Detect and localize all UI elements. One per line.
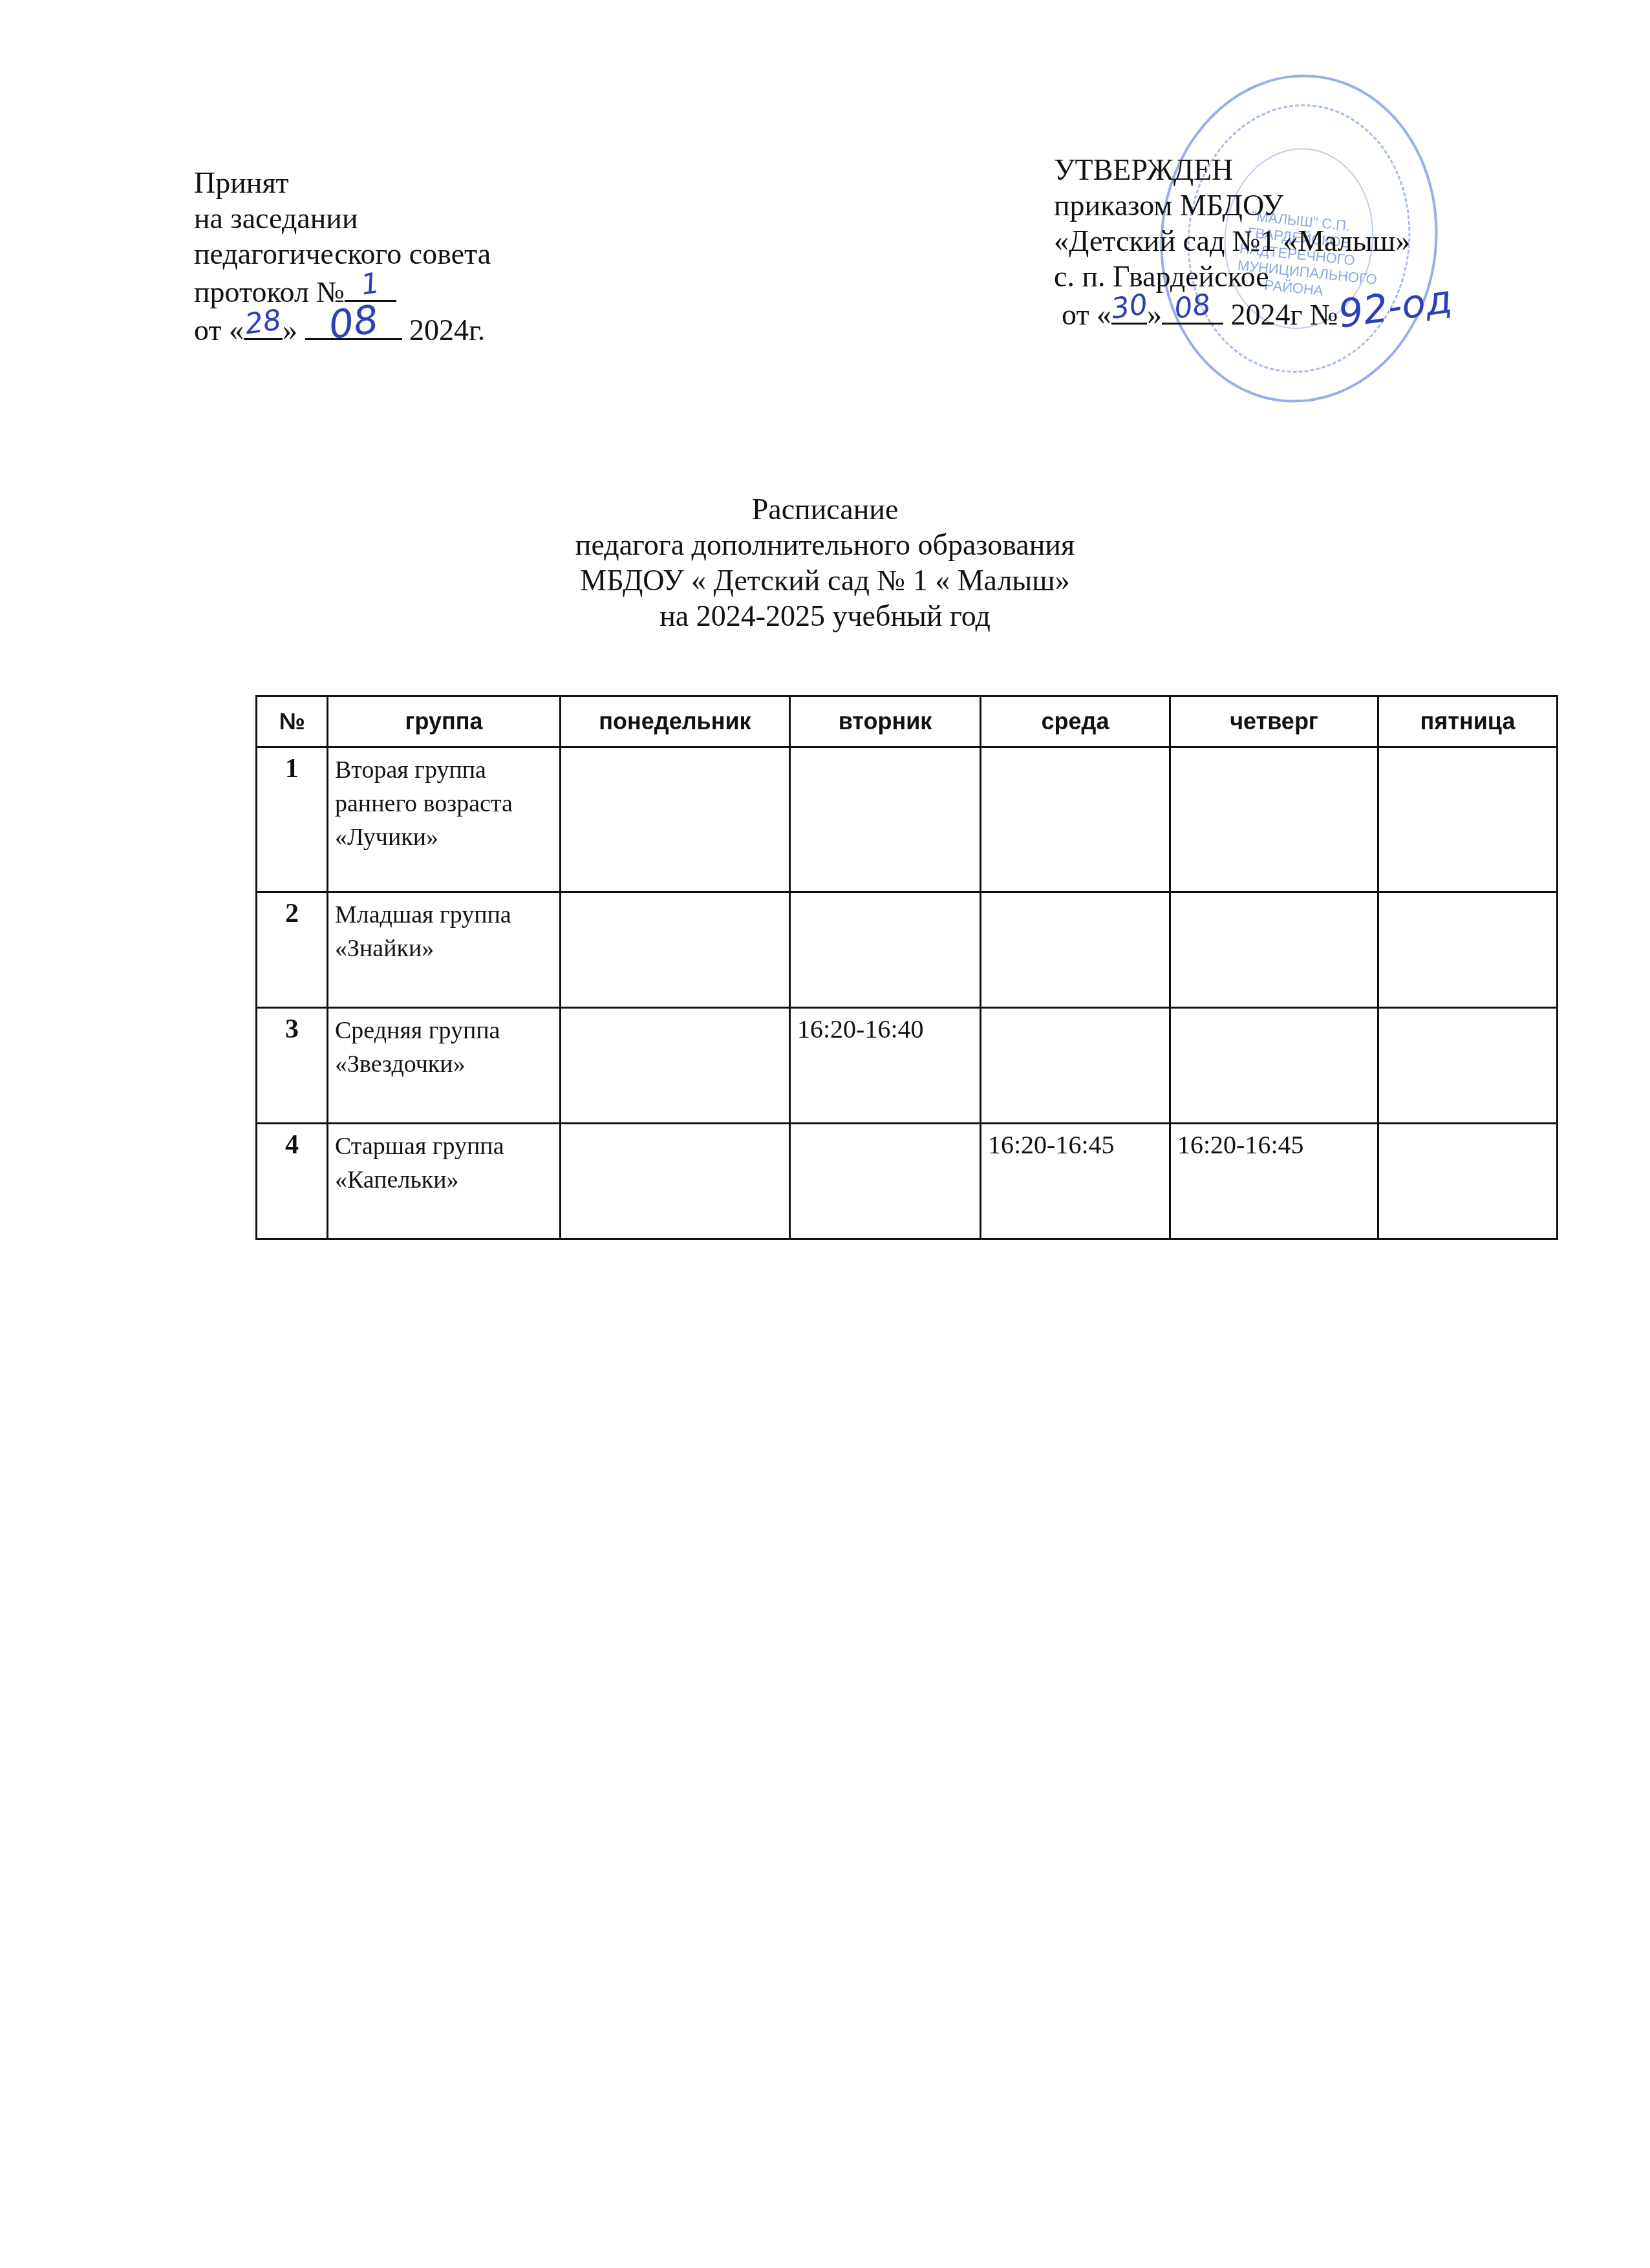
wednesday-cell: 16:20-16:45 bbox=[981, 1124, 1170, 1239]
date-middle: » bbox=[283, 314, 305, 347]
approved-block: УТВЕРЖДЕН приказом МБДОУ «Детский сад №1… bbox=[1054, 152, 1448, 332]
accepted-date-line: от «28» 08 2024г. bbox=[194, 310, 491, 348]
thursday-cell: 16:20-16:45 bbox=[1170, 1124, 1378, 1239]
approved-month-field: 08 bbox=[1162, 294, 1223, 325]
group-name: Вторая группа раннего возраста «Лучики» bbox=[328, 747, 561, 892]
thursday-cell bbox=[1170, 1008, 1378, 1124]
tuesday-cell bbox=[790, 1124, 981, 1239]
tuesday-cell: 16:20-16:40 bbox=[790, 1008, 981, 1124]
header-monday: понедельник bbox=[561, 696, 790, 747]
date-suffix: 2024г. bbox=[402, 314, 486, 347]
monday-cell bbox=[561, 1124, 790, 1239]
accepted-day-handwritten: 28 bbox=[242, 306, 284, 339]
approved-date-prefix: от « bbox=[1062, 298, 1111, 331]
table-row: 3 Средняя группа «Звездочки» 16:20-16:40 bbox=[257, 1008, 1558, 1124]
tuesday-cell bbox=[790, 747, 981, 892]
accepted-block: Принят на заседании педагогического сове… bbox=[194, 165, 491, 348]
approved-line2: приказом МБДОУ bbox=[1054, 187, 1448, 223]
row-number: 4 bbox=[257, 1124, 328, 1239]
approved-day-handwritten: 30 bbox=[1109, 290, 1149, 323]
header-thursday: четверг bbox=[1170, 696, 1378, 747]
row-number: 2 bbox=[257, 892, 328, 1008]
monday-cell bbox=[561, 892, 790, 1008]
schedule-table: № группа понедельник вторник среда четве… bbox=[255, 695, 1558, 1240]
table-row: 2 Младшая группа «Знайки» bbox=[257, 892, 1558, 1008]
accepted-line2: на заседании bbox=[194, 200, 491, 236]
approved-line1: УТВЕРЖДЕН bbox=[1054, 152, 1448, 187]
group-name: Средняя группа «Звездочки» bbox=[328, 1008, 561, 1124]
date-prefix: от « bbox=[194, 314, 244, 347]
wednesday-cell bbox=[981, 1008, 1170, 1124]
document-title: Расписание педагога дополнительного обра… bbox=[0, 491, 1650, 634]
group-name: Старшая группа «Капельки» bbox=[328, 1124, 561, 1239]
protocol-label: протокол № bbox=[194, 275, 345, 308]
title-line3: МБДОУ « Детский сад № 1 « Малыш» bbox=[0, 562, 1650, 598]
accepted-month-field: 08 bbox=[305, 310, 402, 340]
row-number: 1 bbox=[257, 747, 328, 892]
approved-date-middle: » bbox=[1147, 298, 1162, 331]
row-number: 3 bbox=[257, 1008, 328, 1124]
title-line4: на 2024-2025 учебный год bbox=[0, 598, 1650, 634]
approved-day-field: 30 bbox=[1111, 294, 1147, 325]
table-header-row: № группа понедельник вторник среда четве… bbox=[257, 696, 1558, 747]
table-row: 1 Вторая группа раннего возраста «Лучики… bbox=[257, 747, 1558, 892]
wednesday-cell bbox=[981, 892, 1170, 1008]
title-line2: педагога дополнительного образования bbox=[0, 527, 1650, 562]
group-name: Младшая группа «Знайки» bbox=[328, 892, 561, 1008]
approved-date-line: от «30»08 2024г №92-од bbox=[1054, 294, 1448, 332]
thursday-cell bbox=[1170, 747, 1378, 892]
friday-cell bbox=[1378, 892, 1558, 1008]
approved-date-suffix: 2024г № bbox=[1223, 298, 1338, 331]
friday-cell bbox=[1378, 1008, 1558, 1124]
wednesday-cell bbox=[981, 747, 1170, 892]
header-group: группа bbox=[328, 696, 561, 747]
approved-month-handwritten: 08 bbox=[1160, 289, 1225, 326]
header-tuesday: вторник bbox=[790, 696, 981, 747]
friday-cell bbox=[1378, 1124, 1558, 1239]
accepted-line3: педагогического совета bbox=[194, 236, 491, 272]
accepted-line1: Принят bbox=[194, 165, 491, 200]
header-number: № bbox=[257, 696, 328, 747]
accepted-day-field: 28 bbox=[244, 310, 283, 340]
order-number-field: 92-од bbox=[1338, 294, 1448, 325]
friday-cell bbox=[1378, 747, 1558, 892]
title-line1: Расписание bbox=[0, 491, 1650, 527]
monday-cell bbox=[561, 1008, 790, 1124]
order-number-handwritten: 92-од bbox=[1337, 285, 1450, 328]
table-row: 4 Старшая группа «Капельки» 16:20-16:45 … bbox=[257, 1124, 1558, 1239]
thursday-cell bbox=[1170, 892, 1378, 1008]
monday-cell bbox=[561, 747, 790, 892]
header-friday: пятница bbox=[1378, 696, 1558, 747]
header-wednesday: среда bbox=[981, 696, 1170, 747]
tuesday-cell bbox=[790, 892, 981, 1008]
approved-line3: «Детский сад №1 «Малыш» bbox=[1054, 223, 1448, 259]
